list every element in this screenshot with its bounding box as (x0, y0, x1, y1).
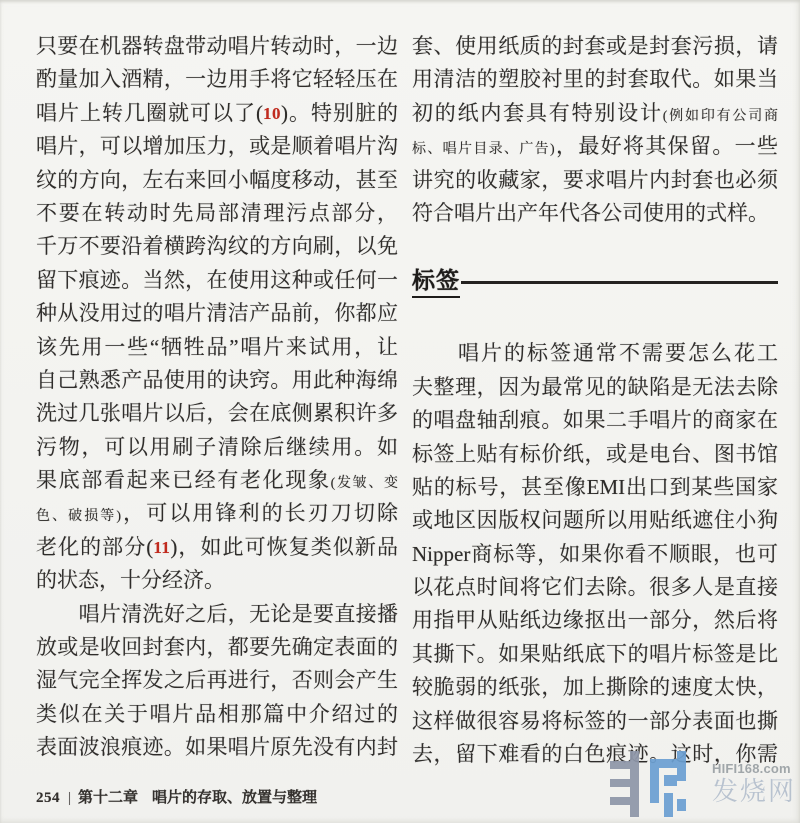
text-segment: 唱片，可以增加压力，或是顺着唱片沟 (36, 134, 398, 158)
site-watermark: HIFI168.com 发烧网 (610, 751, 796, 817)
text-line: 酌量加入酒精，一边用手将它轻轻压在 (36, 63, 398, 96)
text-segment: 老化的部分( (36, 535, 153, 559)
footer-separator: | (68, 790, 71, 806)
text-segment: 的状态，十分经济。 (36, 568, 225, 592)
text-segment: 酌量加入酒精，一边用手将它轻轻压在 (36, 67, 398, 91)
text-segment: 种从没用过的唱片清洁产品前，你都应 (36, 301, 398, 325)
text-segment: 套、使用纸质的封套或是封套污损，请 (412, 34, 778, 58)
right-text-column: 套、使用纸质的封套或是封套污损，请用清洁的塑胶衬里的封套取代。如果当初的纸内套具… (412, 30, 778, 771)
heading-rule-line (461, 281, 778, 284)
text-line: 千万不要沿着横跨沟纹的方向刷，以免 (36, 230, 398, 263)
text-segment: )。特别脏的 (281, 101, 398, 125)
right-paragraph-1: 套、使用纸质的封套或是封套污损，请用清洁的塑胶衬里的封套取代。如果当初的纸内套具… (412, 30, 778, 230)
text-line: 只要在机器转盘带动唱片转动时，一边 (36, 30, 398, 63)
text-line: 该先用一些“牺牲品”唱片来试用，让 (36, 331, 398, 364)
text-segment: 以花点时间将它们去除。很多人是直接 (412, 575, 778, 599)
text-line: 色、破损等)，可以用锋利的长刃刀切除 (36, 497, 398, 530)
text-segment: 唱片的标签通常不需要怎么花工 (412, 341, 778, 365)
text-line: 种从没用过的唱片清洁产品前，你都应 (36, 297, 398, 330)
text-line: 用清洁的塑胶衬里的封套取代。如果当 (412, 63, 778, 96)
text-line: 唱片上转几圈就可以了(10)。特别脏的 (36, 97, 398, 130)
text-line: 老化的部分(11)，如此可恢复类似新品 (36, 531, 398, 564)
text-segment: 自己熟悉产品使用的诀窍。用此种海绵 (36, 368, 398, 392)
text-segment: 或地区因版权问题所以用贴纸遮住小狗 (412, 508, 778, 532)
scanned-page: 只要在机器转盘带动唱片转动时，一边酌量加入酒精，一边用手将它轻轻压在唱片上转几圈… (0, 0, 800, 823)
footnote-number: 11 (153, 538, 170, 557)
text-segment: 其撕下。如果贴纸底下的唱片标签是比 (412, 642, 778, 666)
text-line: 的唱盘轴刮痕。如果二手唱片的商家在 (412, 404, 778, 437)
text-segment: (发皱、变 (331, 476, 398, 491)
text-line: 表面波浪痕迹。如果唱片原先没有内封 (36, 731, 398, 764)
text-segment: 纹的方向，左右来回小幅度移动，甚至 (36, 168, 398, 192)
text-line: Nipper商标等，如果你看不顺眼，也可 (412, 538, 778, 571)
text-segment: ，可以用锋利的长刃刀切除 (121, 501, 398, 525)
text-line: 类似在关于唱片品相那篇中介绍过的 (36, 698, 398, 731)
text-line: 唱片清洗好之后，无论是要直接播 (36, 598, 398, 631)
text-segment: 唱片清洗好之后，无论是要直接播 (36, 602, 398, 626)
text-segment: 较脆弱的纸张，加上撕除的速度太快， (412, 675, 778, 699)
text-segment: 放或是收回封套内，都要先确定表面的 (36, 635, 398, 659)
text-segment: 初的纸内套具有特别设计 (412, 101, 663, 125)
text-line: 纹的方向，左右来回小幅度移动，甚至 (36, 164, 398, 197)
text-segment: 千万不要沿着横跨沟纹的方向刷，以免 (36, 234, 398, 258)
text-line: 初的纸内套具有特别设计(例如印有公司商 (412, 97, 778, 130)
text-line: 套、使用纸质的封套或是封套污损，请 (412, 30, 778, 63)
text-segment: 该先用一些“牺牲品”唱片来试用，让 (36, 335, 398, 359)
watermark-texts: HIFI168.com 发烧网 (712, 751, 796, 804)
text-segment: 夫整理，因为最常见的缺陷是无法去除 (412, 375, 778, 399)
text-line: 讲究的收藏家，要求唱片内封套也必须 (412, 164, 778, 197)
text-line: 不要在转动时先局部清理污点部分， (36, 197, 398, 230)
text-segment: (例如印有公司商 (663, 109, 778, 124)
text-line: 洗过几张唱片以后，会在底侧累积许多 (36, 397, 398, 430)
text-segment: ，最好将其保留。一些 (555, 134, 778, 158)
text-segment: 的唱盘轴刮痕。如果二手唱片的商家在 (412, 408, 778, 432)
watermark-site-name: 发烧网 (712, 778, 796, 804)
text-segment: 唱片上转几圈就可以了( (36, 101, 263, 125)
text-segment: 不要在转动时先局部清理污点部分， (36, 201, 398, 225)
text-segment: 只要在机器转盘带动唱片转动时，一边 (36, 34, 398, 58)
text-line: 湿气完全挥发之后再进行，否则会产生 (36, 664, 398, 697)
text-segment: 污物，可以用刷子清除后继续用。如 (36, 435, 398, 459)
text-segment: 色、破损等) (36, 509, 121, 524)
text-segment: 符合唱片出产年代各公司使用的式样。 (412, 201, 769, 225)
text-line: 留下痕迹。当然，在使用这种或任何一 (36, 264, 398, 297)
text-segment: 洗过几张唱片以后，会在底侧累积许多 (36, 401, 398, 425)
text-line: 符合唱片出产年代各公司使用的式样。 (412, 197, 778, 230)
text-line: 用指甲从贴纸边缘抠出一部分，然后将 (412, 604, 778, 637)
text-segment: 湿气完全挥发之后再进行，否则会产生 (36, 668, 398, 692)
text-line: 自己熟悉产品使用的诀窍。用此种海绵 (36, 364, 398, 397)
section-heading-labels: 标签 (412, 265, 778, 295)
text-segment: )，如此可恢复类似新品 (170, 535, 398, 559)
text-line: 贴的标号，甚至像EMI出口到某些国家 (412, 471, 778, 504)
text-line: 唱片，可以增加压力，或是顺着唱片沟 (36, 130, 398, 163)
watermark-site-url: HIFI168.com (712, 762, 796, 775)
text-line: 标、唱片目录、广告)，最好将其保留。一些 (412, 130, 778, 163)
text-line: 污物，可以用刷子清除后继续用。如 (36, 431, 398, 464)
page-footer: 254|第十二章唱片的存取、放置与整理 (36, 786, 317, 807)
text-segment: Nipper商标等，如果你看不顺眼，也可 (412, 542, 778, 566)
text-line: 标签上贴有标价纸，或是电台、图书馆 (412, 438, 778, 471)
text-line: 唱片的标签通常不需要怎么花工 (412, 337, 778, 370)
text-line: 较脆弱的纸张，加上撕除的速度太快， (412, 671, 778, 704)
text-line: 或地区因版权问题所以用贴纸遮住小狗 (412, 504, 778, 537)
text-line: 果底部看起来已经有老化现象(发皱、变 (36, 464, 398, 497)
footnote-number: 10 (263, 104, 281, 123)
text-line: 的状态，十分经济。 (36, 564, 398, 597)
text-segment: 表面波浪痕迹。如果唱片原先没有内封 (36, 735, 398, 759)
text-line: 这样做很容易将标签的一部分表面也撕 (412, 705, 778, 738)
text-segment: 用指甲从贴纸边缘抠出一部分，然后将 (412, 608, 778, 632)
text-line: 放或是收回封套内，都要先确定表面的 (36, 631, 398, 664)
text-line: 夫整理，因为最常见的缺陷是无法去除 (412, 371, 778, 404)
feichang-logo-icon (610, 751, 706, 817)
text-segment: 贴的标号，甚至像EMI出口到某些国家 (412, 475, 778, 499)
right-paragraph-2: 唱片的标签通常不需要怎么花工夫整理，因为最常见的缺陷是无法去除的唱盘轴刮痕。如果… (412, 337, 778, 771)
text-segment: 这样做很容易将标签的一部分表面也撕 (412, 709, 778, 733)
text-line: 以花点时间将它们去除。很多人是直接 (412, 571, 778, 604)
footer-page-number: 254 (36, 790, 60, 806)
text-line: 其撕下。如果贴纸底下的唱片标签是比 (412, 638, 778, 671)
footer-chapter-title: 唱片的存取、放置与整理 (152, 790, 317, 806)
text-segment: 类似在关于唱片品相那篇中介绍过的 (36, 702, 398, 726)
footer-chapter: 第十二章 (78, 790, 138, 806)
text-segment: 留下痕迹。当然，在使用这种或任何一 (36, 268, 398, 292)
text-segment: 标、唱片目录、广告) (412, 142, 555, 157)
left-text-column: 只要在机器转盘带动唱片转动时，一边酌量加入酒精，一边用手将它轻轻压在唱片上转几圈… (36, 30, 398, 765)
text-segment: 用清洁的塑胶衬里的封套取代。如果当 (412, 67, 778, 91)
text-segment: 标签上贴有标价纸，或是电台、图书馆 (412, 442, 778, 466)
text-segment: 讲究的收藏家，要求唱片内封套也必须 (412, 168, 778, 192)
section-heading-text: 标签 (412, 262, 460, 298)
text-segment: 果底部看起来已经有老化现象 (36, 468, 331, 492)
